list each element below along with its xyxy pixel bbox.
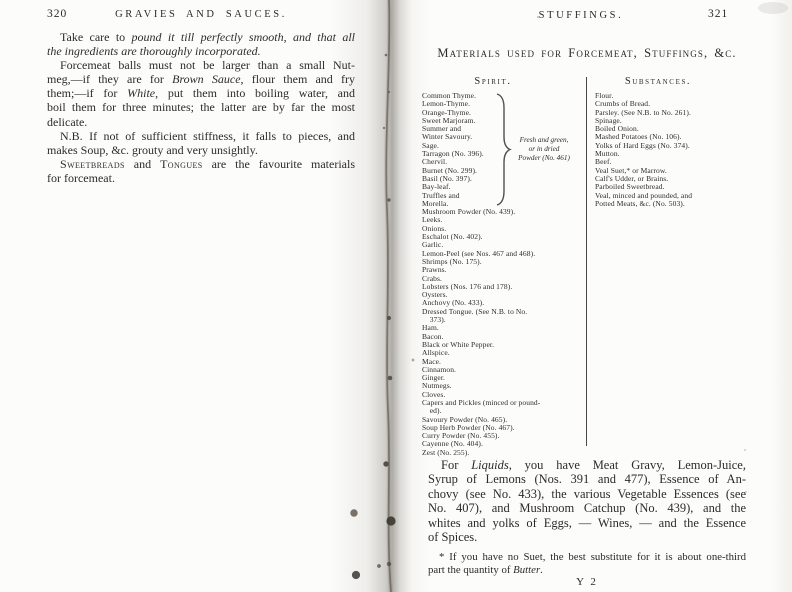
signature-mark: Y 2 bbox=[428, 576, 746, 588]
text-line: chovy (see No. 433), the various Vegetab… bbox=[428, 487, 746, 501]
text-line: No. 407), and Mushroom Catchup (No. 439)… bbox=[428, 501, 746, 515]
text-line: Syrup of Lemons (Nos. 391 and 477), Esse… bbox=[428, 472, 746, 486]
left-page-text: Take care to pound it till perfectly smo… bbox=[47, 30, 355, 185]
page-edge-shadow bbox=[770, 0, 792, 592]
table-title: Materials used for Forcemeat, Stuffings,… bbox=[426, 46, 748, 61]
list-item: Cinnamon. bbox=[422, 366, 584, 374]
list-item: Yolks of Hard Eggs (No. 374). bbox=[595, 142, 780, 150]
text-line: delicate. bbox=[47, 115, 355, 129]
list-item: Zest (No. 255). bbox=[422, 449, 584, 457]
text-line: N.B. If not of sufficient stiffness, it … bbox=[47, 129, 355, 143]
right-page-number: 321 bbox=[708, 8, 748, 20]
text-line: whites and yolks of Eggs, — Wines, — and… bbox=[428, 516, 746, 530]
brace-note: Fresh and green, or in dried Powder (No.… bbox=[507, 136, 581, 162]
list-item: Parsley. (See N.B. to No. 261). bbox=[595, 109, 780, 117]
list-item: Leeks. bbox=[422, 216, 584, 224]
text-line: Forcemeat balls must not be larger than … bbox=[47, 58, 355, 72]
right-running-header: STUFFINGS. bbox=[431, 10, 731, 21]
text-line: for forcemeat. bbox=[47, 171, 355, 185]
left-running-header: GRAVIES AND SAUCES. bbox=[47, 9, 355, 20]
column-divider bbox=[586, 77, 587, 446]
substances-list: Flour.Crumbs of Bread.Parsley. (See N.B.… bbox=[595, 92, 780, 208]
text-line: meg,—if they are for Brown Sauce, flour … bbox=[47, 72, 355, 86]
list-item: Dressed Tongue. (See N.B. to No. bbox=[422, 308, 584, 316]
list-item: Eschalot (No. 402). bbox=[422, 233, 584, 241]
text-line: the ingredients are thoroughly incorpora… bbox=[47, 44, 355, 58]
list-item: Mutton. bbox=[595, 150, 780, 158]
footnote: * If you have no Suet, the best substitu… bbox=[428, 551, 746, 578]
list-item: Allspice. bbox=[422, 349, 584, 357]
list-item: Nutmegs. bbox=[422, 382, 584, 390]
text-line: * If you have no Suet, the best substitu… bbox=[428, 551, 746, 564]
text-line: makes Soup, &c. grouty and very unsightl… bbox=[47, 143, 355, 157]
text-line: For Liquids, you have Meat Gravy, Lemon-… bbox=[428, 458, 746, 472]
text-line: them;—if for White, put them into boilin… bbox=[47, 86, 355, 100]
list-item: Capers and Pickles (minced or pound- bbox=[422, 399, 584, 407]
book-scan: 320 GRAVIES AND SAUCES. Take care to pou… bbox=[0, 0, 792, 592]
text-line: boil them for three minutes; the latter … bbox=[47, 100, 355, 114]
liquids-paragraph: For Liquids, you have Meat Gravy, Lemon-… bbox=[428, 458, 746, 544]
list-item: Potted Meats, &c. (No. 503). bbox=[595, 200, 780, 208]
text-line: Sweetbreads and Tongues are the favourit… bbox=[47, 157, 355, 171]
column-header-substances: Substances. bbox=[583, 76, 733, 87]
list-item: Mushroom Powder (No. 439). bbox=[422, 208, 584, 216]
text-line: of Spices. bbox=[428, 530, 746, 544]
list-item: 373). bbox=[422, 316, 584, 324]
text-line: Take care to pound it till perfectly smo… bbox=[47, 30, 355, 44]
list-item: Prawns. bbox=[422, 266, 584, 274]
column-header-spirit: Spirit. bbox=[418, 76, 568, 87]
list-item: Ham. bbox=[422, 324, 584, 332]
